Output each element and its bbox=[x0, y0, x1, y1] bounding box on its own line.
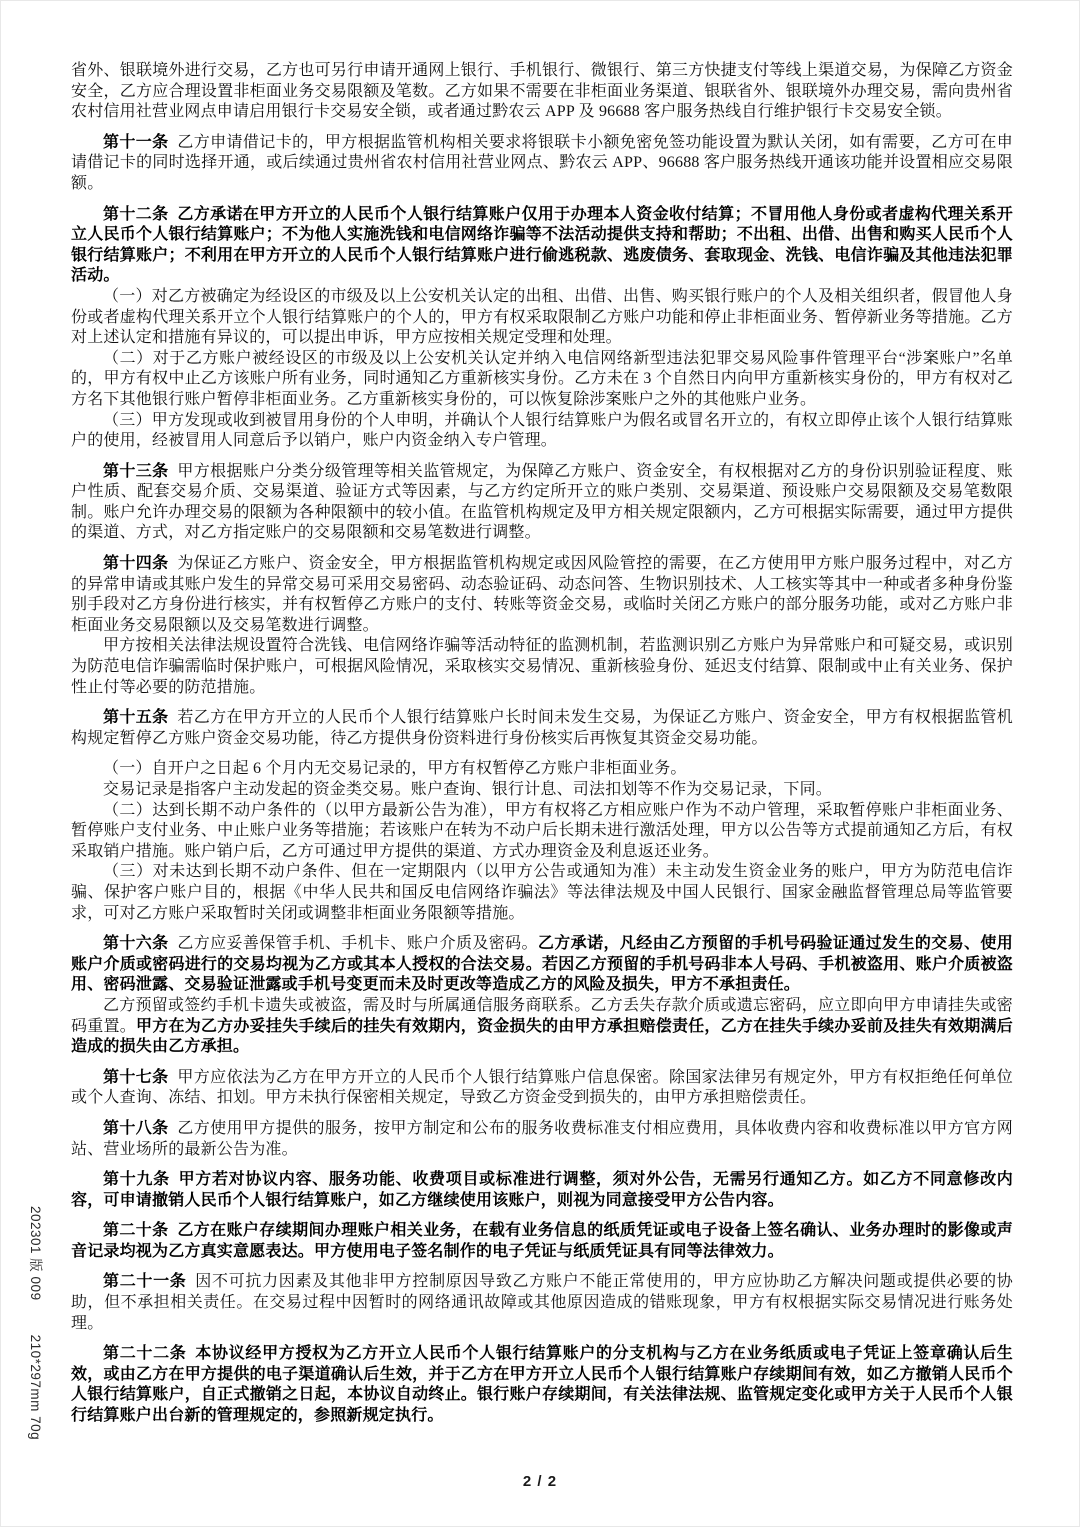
print-spec-version: 202301 版 009 bbox=[28, 1206, 43, 1301]
article-12-label: 第十二条 bbox=[103, 206, 169, 223]
article-15-item-1: （一）自开户之日起 6 个月内无交易记录的，甲方有权暂停乙方账户非柜面业务。 bbox=[71, 759, 1013, 780]
page-number: 2 / 2 bbox=[1, 1473, 1079, 1490]
article-12-item-3: （三）甲方发现或收到被冒用身份的个人申明，并确认个人银行结算账户为假名或冒名开立… bbox=[71, 411, 1013, 452]
article-16-text-regular: 乙方应妥善保管手机、手机卡、账户介质及密码。 bbox=[177, 935, 538, 952]
article-19: 第十九条甲方若对协议内容、服务功能、收费项目或标准进行调整，须对外公告，无需另行… bbox=[71, 1170, 1013, 1211]
document-content: 省外、银联境外进行交易，乙方也可另行申请开通网上银行、手机银行、微银行、第三方快… bbox=[71, 61, 1013, 1427]
paragraph-continuation-text: 省外、银联境外进行交易，乙方也可另行申请开通网上银行、手机银行、微银行、第三方快… bbox=[71, 62, 1013, 120]
article-14-paragraph-2: 甲方按相关法律法规设置符合洗钱、电信网络诈骗等活动特征的监测机制，若监测识别乙方… bbox=[71, 636, 1013, 698]
article-17-label: 第十七条 bbox=[103, 1069, 169, 1086]
article-20-label: 第二十条 bbox=[103, 1222, 169, 1239]
article-19-label: 第十九条 bbox=[103, 1171, 170, 1188]
article-16-label: 第十六条 bbox=[103, 935, 169, 952]
article-22: 第二十二条本协议经甲方授权为乙方开立人民币个人银行结算账户的分支机构与乙方在业务… bbox=[71, 1344, 1013, 1426]
document-page: 省外、银联境外进行交易，乙方也可另行申请开通网上银行、手机银行、微银行、第三方快… bbox=[0, 0, 1080, 1527]
article-16-paragraph-2: 乙方预留或签约手机卡遗失或被盗，需及时与所属通信服务商联系。乙方丢失存款介质或遗… bbox=[71, 996, 1013, 1058]
article-16: 第十六条乙方应妥善保管手机、手机卡、账户介质及密码。乙方承诺，凡经由乙方预留的手… bbox=[71, 934, 1013, 996]
article-13-text: 甲方根据账户分类分级管理等相关监管规定，为保障乙方账户、资金安全，有权根据对乙方… bbox=[71, 463, 1013, 542]
article-14-label: 第十四条 bbox=[103, 555, 169, 572]
article-15-label: 第十五条 bbox=[103, 709, 169, 726]
article-18-text: 乙方使用甲方提供的服务，按甲方制定和公布的服务收费标准支付相应费用，具体收费内容… bbox=[71, 1120, 1013, 1158]
article-14: 第十四条为保证乙方账户、资金安全，甲方根据监管机构规定或因风险管控的需要，在乙方… bbox=[71, 554, 1013, 636]
article-15-text: 若乙方在甲方开立的人民币个人银行结算账户长时间未发生交易，为保证乙方账户、资金安… bbox=[71, 709, 1013, 747]
article-22-label: 第二十二条 bbox=[103, 1345, 187, 1362]
print-spec-paper-size: 210*297mm 70g bbox=[28, 1335, 43, 1441]
article-12: 第十二条乙方承诺在甲方开立的人民币个人银行结算账户仅用于办理本人资金收付结算；不… bbox=[71, 205, 1013, 287]
article-22-text: 本协议经甲方授权为乙方开立人民币个人银行结算账户的分支机构与乙方在业务纸质或电子… bbox=[71, 1345, 1013, 1424]
article-21-label: 第二十一条 bbox=[103, 1273, 187, 1290]
article-17: 第十七条甲方应依法为乙方在甲方开立的人民币个人银行结算账户信息保密。除国家法律另… bbox=[71, 1068, 1013, 1109]
article-20-text: 乙方在账户存续期间办理账户相关业务，在载有业务信息的纸质凭证或电子设备上签名确认… bbox=[71, 1222, 1013, 1260]
print-spec-vertical-label: 202301 版 009210*297mm 70g bbox=[27, 1206, 47, 1440]
article-19-text: 甲方若对协议内容、服务功能、收费项目或标准进行调整，须对外公告，无需另行通知乙方… bbox=[71, 1171, 1013, 1209]
article-12-text: 乙方承诺在甲方开立的人民币个人银行结算账户仅用于办理本人资金收付结算；不冒用他人… bbox=[71, 206, 1013, 285]
article-12-item-1: （一）对乙方被确定为经设区的市级及以上公安机关认定的出租、出借、出售、购买银行账… bbox=[71, 287, 1013, 349]
article-14-text: 为保证乙方账户、资金安全，甲方根据监管机构规定或因风险管控的需要，在乙方使用甲方… bbox=[71, 555, 1013, 634]
article-15: 第十五条若乙方在甲方开立的人民币个人银行结算账户长时间未发生交易，为保证乙方账户… bbox=[71, 708, 1013, 749]
article-16-paragraph-2-bold: 甲方在为乙方办妥挂失手续后的挂失有效期内，资金损失的由甲方承担赔偿责任，乙方在挂… bbox=[71, 1018, 1013, 1056]
article-15-item-3: （三）对未达到长期不动户条件、但在一定期限内（以甲方公告或通知为准）未主动发生资… bbox=[71, 862, 1013, 924]
paragraph-continuation: 省外、银联境外进行交易，乙方也可另行申请开通网上银行、手机银行、微银行、第三方快… bbox=[71, 61, 1013, 123]
article-11-text: 乙方申请借记卡的，甲方根据监管机构相关要求将银联卡小额免密免签功能设置为默认关闭… bbox=[71, 134, 1013, 192]
article-21-text: 因不可抗力因素及其他非甲方控制原因导致乙方账户不能正常使用的，甲方应协助乙方解决… bbox=[71, 1273, 1013, 1331]
article-18-label: 第十八条 bbox=[103, 1120, 169, 1137]
article-11-label: 第十一条 bbox=[103, 134, 169, 151]
article-21: 第二十一条因不可抗力因素及其他非甲方控制原因导致乙方账户不能正常使用的，甲方应协… bbox=[71, 1272, 1013, 1334]
article-15-item-2: （二）达到长期不动户条件的（以甲方最新公告为准），甲方有权将乙方相应账户作为不动… bbox=[71, 801, 1013, 863]
article-20: 第二十条乙方在账户存续期间办理账户相关业务，在载有业务信息的纸质凭证或电子设备上… bbox=[71, 1221, 1013, 1262]
article-18: 第十八条乙方使用甲方提供的服务，按甲方制定和公布的服务收费标准支付相应费用，具体… bbox=[71, 1119, 1013, 1160]
article-15-note: 交易记录是指客户主动发起的资金类交易。账户查询、银行计息、司法扣划等不作为交易记… bbox=[71, 780, 1013, 801]
article-17-text: 甲方应依法为乙方在甲方开立的人民币个人银行结算账户信息保密。除国家法律另有规定外… bbox=[71, 1069, 1013, 1107]
article-13: 第十三条甲方根据账户分类分级管理等相关监管规定，为保障乙方账户、资金安全，有权根… bbox=[71, 462, 1013, 544]
article-11: 第十一条乙方申请借记卡的，甲方根据监管机构相关要求将银联卡小额免密免签功能设置为… bbox=[71, 133, 1013, 195]
article-13-label: 第十三条 bbox=[103, 463, 169, 480]
article-12-item-2: （二）对于乙方账户被经设区的市级及以上公安机关认定并纳入电信网络新型违法犯罪交易… bbox=[71, 349, 1013, 411]
